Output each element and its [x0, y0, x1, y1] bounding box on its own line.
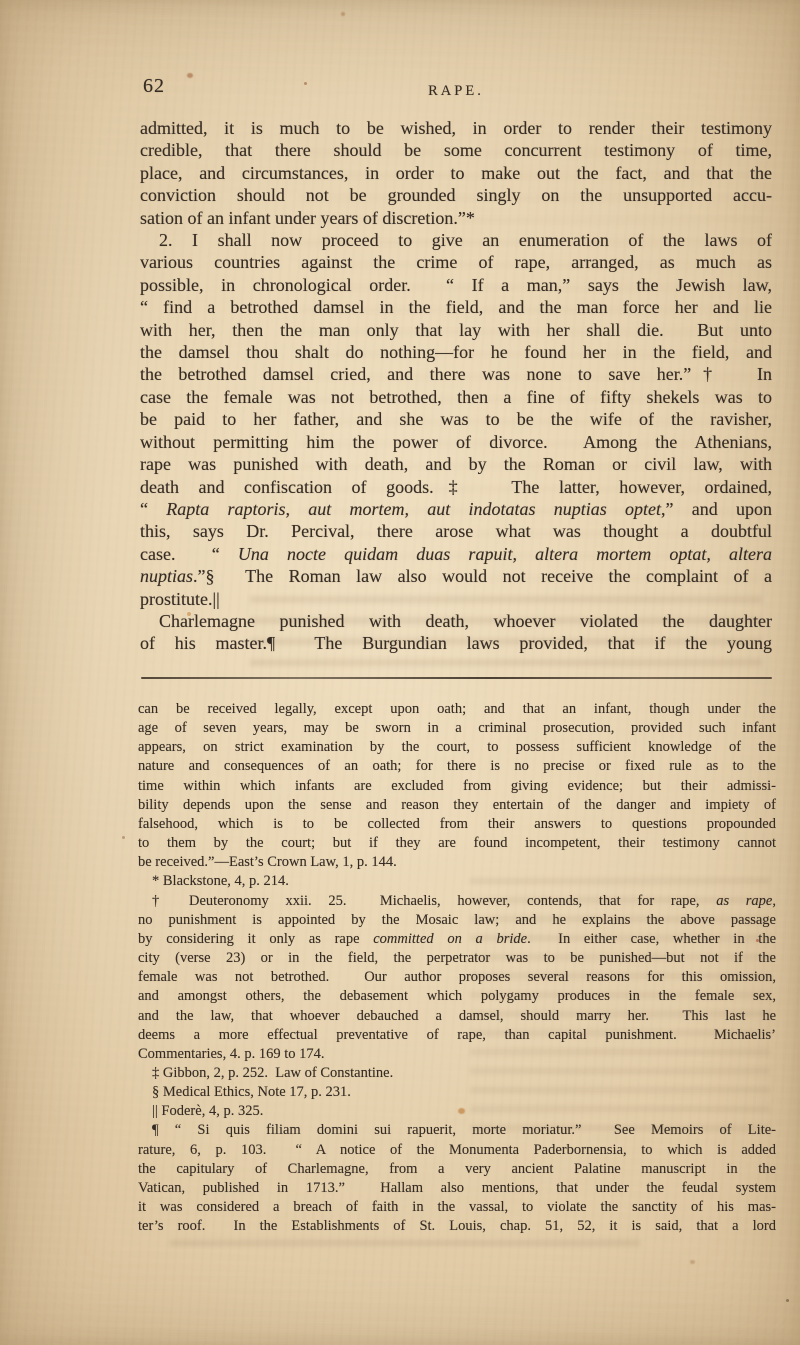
- footnote-line: and amongst others, the debasement which…: [138, 987, 776, 1006]
- body-line: credible, that there should be some conc…: [140, 139, 772, 161]
- body-line: admitted, it is much to be wished, in or…: [140, 117, 772, 139]
- footnote-line: female was not betrothed. Our author pro…: [138, 968, 776, 987]
- footnote-line: ter’s roof. In the Establishments of St.…: [138, 1217, 776, 1236]
- body-line: be paid to her father, and she was to be…: [140, 408, 772, 430]
- body-line: case the female was not betrothed, then …: [140, 386, 772, 408]
- paper-stain: [122, 836, 125, 839]
- footnote-line: Vatican, published in 1713.” Hallam also…: [138, 1179, 776, 1198]
- footnote-line: appears, on strict examination by the co…: [138, 738, 776, 757]
- footnote-line: Commentaries, 4. p. 169 to 174.: [138, 1045, 776, 1064]
- footnote-line: and the law, that whoever debauched a da…: [138, 1007, 776, 1026]
- footnote-line: age of seven years, may be sworn in a cr…: [138, 719, 776, 738]
- body-line: death and confiscation of goods.‡ The la…: [140, 476, 772, 498]
- footnote-line: || Foderè, 4, p. 325.: [138, 1102, 776, 1121]
- book-page: 62 RAPE. admitted, it is much to be wish…: [0, 0, 800, 1345]
- body-line: the betrothed damsel cried, and there wa…: [140, 363, 772, 385]
- footnote-line: deems a more effectual preventative of r…: [138, 1026, 776, 1045]
- footnote-line: by considering it only as rape committed…: [138, 930, 776, 949]
- footnote-line: nature and consequences of an oath; for …: [138, 757, 776, 776]
- footnote-line: can be received legally, except upon oat…: [138, 700, 776, 719]
- body-line: “ find a betrothed damsel in the field, …: [140, 296, 772, 318]
- footnote-line: city (verse 23) or in the field, the per…: [138, 949, 776, 968]
- body-line: various countries against the crime of r…: [140, 251, 772, 273]
- footnotes: can be received legally, except upon oat…: [138, 700, 776, 1236]
- body-line: sation of an infant under years of discr…: [140, 207, 772, 229]
- body-line: of his master.¶ The Burgundian laws prov…: [140, 632, 772, 654]
- body-line: case. “ Una nocte quidam duas rapuit, al…: [140, 543, 772, 565]
- ink-bleed-through: [170, 1240, 640, 1254]
- body-line: place, and circumstances, in order to ma…: [140, 162, 772, 184]
- paper-stain: [690, 1260, 695, 1264]
- footnote-line: * Blackstone, 4, p. 214.: [138, 872, 776, 891]
- paper-stain: [786, 1299, 789, 1302]
- footnote-line: the capitulary of Charlemagne, from a ve…: [138, 1160, 776, 1179]
- body-line: “ Rapta raptoris, aut mortem, aut indota…: [140, 498, 772, 520]
- body-line: this, says Dr. Percival, there arose wha…: [140, 520, 772, 542]
- body-line: nuptias.”§ The Roman law also would not …: [140, 565, 772, 587]
- footnote-line: no punishment is appointed by the Mosaic…: [138, 911, 776, 930]
- footnote-line: be received.”—East’s Crown Law, 1, p. 14…: [138, 853, 776, 872]
- running-title: RAPE.: [140, 83, 772, 100]
- body-line: rape was punished with death, and by the…: [140, 453, 772, 475]
- body-line: prostitute.||: [140, 588, 772, 610]
- body-line: possible, in chronological order. “ If a…: [140, 274, 772, 296]
- footnote-line: bility depends upon the sense and reason…: [138, 796, 776, 815]
- footnote-line: to them by the court; but if they are fo…: [138, 834, 776, 853]
- body-line: Charlemagne punished with death, whoever…: [140, 610, 772, 632]
- footnote-line: † Deuteronomy xxii. 25. Michaelis, howev…: [138, 892, 776, 911]
- footnote-line: ¶ “ Si quis filiam domini sui rapuerit, …: [138, 1121, 776, 1140]
- body-line: 2. I shall now proceed to give an enumer…: [140, 229, 772, 251]
- footnote-separator-rule: [141, 677, 772, 679]
- body-line: with her, then the man only that lay wit…: [140, 319, 772, 341]
- paper-stain: [187, 73, 193, 78]
- body-line: without permitting him the power of divo…: [140, 431, 772, 453]
- footnote-line: ‡ Gibbon, 2, p. 252. Law of Constantine.: [138, 1064, 776, 1083]
- footnote-line: it was considered a breach of faith in t…: [138, 1198, 776, 1217]
- paper-stain: [341, 12, 345, 16]
- body-line: the damsel thou shalt do nothing—for he …: [140, 341, 772, 363]
- footnote-line: falsehood, which is to be collected from…: [138, 815, 776, 834]
- footnote-line: § Medical Ethics, Note 17, p. 231.: [138, 1083, 776, 1102]
- body-line: conviction should not be grounded singly…: [140, 184, 772, 206]
- footnote-line: time within which infants are excluded f…: [138, 777, 776, 796]
- footnote-line: rature, 6, p. 103. “ A notice of the Mon…: [138, 1141, 776, 1160]
- body-text: admitted, it is much to be wished, in or…: [140, 117, 772, 655]
